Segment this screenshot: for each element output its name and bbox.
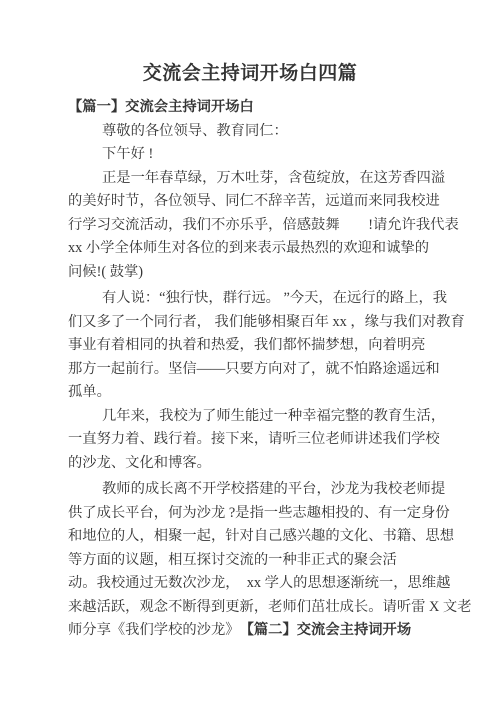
- document-body: 【篇一】交流会主持词开场白 尊敬的各位领导、教育同仁： 下午好 ! 正是一年春草…: [68, 96, 480, 643]
- section-heading-1: 【篇一】交流会主持词开场白: [68, 96, 480, 120]
- text-line-content: 尊敬的各位领导、教育同仁：: [102, 123, 288, 139]
- section-heading-1-text: 【篇一】交流会主持词开场白: [68, 99, 254, 115]
- text-line: 等方面的议题，相互探讨交流的一种非正式的聚会活: [68, 549, 480, 573]
- text-line-content: 来越活跃，观念不断得到更新，老师们茁壮成长。请听雷 X 文老: [68, 599, 472, 615]
- text-line: 行学习交流活动，我们不亦乐乎，倍感鼓舞 !请允许我代表: [68, 214, 480, 238]
- text-line: 事业有着相同的执着和热爱，我们都怀揣梦想，向着明亮: [68, 334, 480, 358]
- text-line: 们又多了一个同行者， 我们能够相聚百年 xx ，缘与我们对教育: [68, 311, 480, 335]
- text-line: 下午好 !: [68, 143, 480, 167]
- text-line-content: xx 小学全体师生对各位的到来表示最热烈的欢迎和诚挚的: [68, 240, 429, 256]
- text-line: xx 小学全体师生对各位的到来表示最热烈的欢迎和诚挚的: [68, 237, 480, 261]
- text-line-content: 动。我校通过无数次沙龙， xx 学人的思想逐渐统一，思维越: [68, 575, 450, 591]
- text-line-content: 行学习交流活动，我们不亦乐乎，倍感鼓舞 !请允许我代表: [68, 217, 459, 233]
- document-title: 交流会主持词开场白四篇: [0, 58, 500, 85]
- text-line-content: 事业有着相同的执着和热爱，我们都怀揣梦想，向着明亮: [68, 337, 425, 353]
- text-line-content: 孤单。: [68, 384, 111, 400]
- text-line: 来越活跃，观念不断得到更新，老师们茁壮成长。请听雷 X 文老: [68, 596, 480, 620]
- text-line: 正是一年春草绿，万木吐芽，含苞绽放，在这芳香四溢: [68, 167, 480, 191]
- text-line: 问候!( 鼓掌): [68, 261, 480, 285]
- text-line-content: 等方面的议题，相互探讨交流的一种非正式的聚会活: [68, 552, 397, 568]
- text-line-content: 正是一年春草绿，万木吐芽，含苞绽放，在这芳香四溢: [102, 170, 445, 186]
- text-line: 供了成长平台，何为沙龙 ?是指一些志趣相投的、有一定身份: [68, 502, 480, 526]
- text-line-content: 下午好 !: [102, 146, 153, 162]
- text-line: 教师的成长离不开学校搭建的平台，沙龙为我校老师提: [68, 478, 480, 502]
- text-line: 孤单。: [68, 381, 480, 405]
- text-line-content: 和地位的人，相聚一起，针对自己感兴趣的文化、书籍、思想: [68, 528, 454, 544]
- text-line: 和地位的人，相聚一起，针对自己感兴趣的文化、书籍、思想: [68, 525, 480, 549]
- text-line-with-heading: 师分享《我们学校的沙龙》 【篇二】交流会主持词开场: [68, 619, 480, 643]
- document-page: 交流会主持词开场白四篇 【篇一】交流会主持词开场白 尊敬的各位领导、教育同仁： …: [0, 0, 500, 708]
- text-line: 尊敬的各位领导、教育同仁：: [68, 120, 480, 144]
- section-heading-2: 【篇二】交流会主持词开场: [247, 622, 411, 638]
- text-line-content: 的沙龙、文化和博客。: [68, 455, 211, 471]
- text-line: 的美好时节，各位领导、同仁不辞辛苦，远道而来同我校进: [68, 190, 480, 214]
- text-line-content: 几年来，我校为了师生能过一种幸福完整的教育生活，: [102, 408, 445, 424]
- text-line: 那方一起前行。坚信——只要方向对了，就不怕路途遥远和: [68, 358, 480, 382]
- text-line-content: 的美好时节，各位领导、同仁不辞辛苦，远道而来同我校进: [68, 193, 440, 209]
- text-line-content: 们又多了一个同行者， 我们能够相聚百年 xx ，缘与我们对教育: [68, 314, 465, 330]
- text-line: 动。我校通过无数次沙龙， xx 学人的思想逐渐统一，思维越: [68, 572, 480, 596]
- text-line-content: 供了成长平台，何为沙龙 ?是指一些志趣相投的、有一定身份: [68, 505, 450, 521]
- text-line: 的沙龙、文化和博客。: [68, 452, 480, 476]
- text-line: 几年来，我校为了师生能过一种幸福完整的教育生活，: [68, 405, 480, 429]
- text-line: 一直努力着、践行着。接下来，请听三位老师讲述我们学校: [68, 428, 480, 452]
- text-line-content: 师分享《我们学校的沙龙》: [68, 622, 247, 638]
- text-line-content: 有人说：“独行快，群行远。 ”今天，在远行的路上，我: [102, 290, 447, 306]
- text-line-content: 问候!( 鼓掌): [68, 264, 143, 280]
- text-line: 有人说：“独行快，群行远。 ”今天，在远行的路上，我: [68, 287, 480, 311]
- text-line-content: 一直努力着、践行着。接下来，请听三位老师讲述我们学校: [68, 431, 440, 447]
- text-line-content: 教师的成长离不开学校搭建的平台，沙龙为我校老师提: [102, 481, 445, 497]
- text-line-content: 那方一起前行。坚信——只要方向对了，就不怕路途遥远和: [68, 361, 440, 377]
